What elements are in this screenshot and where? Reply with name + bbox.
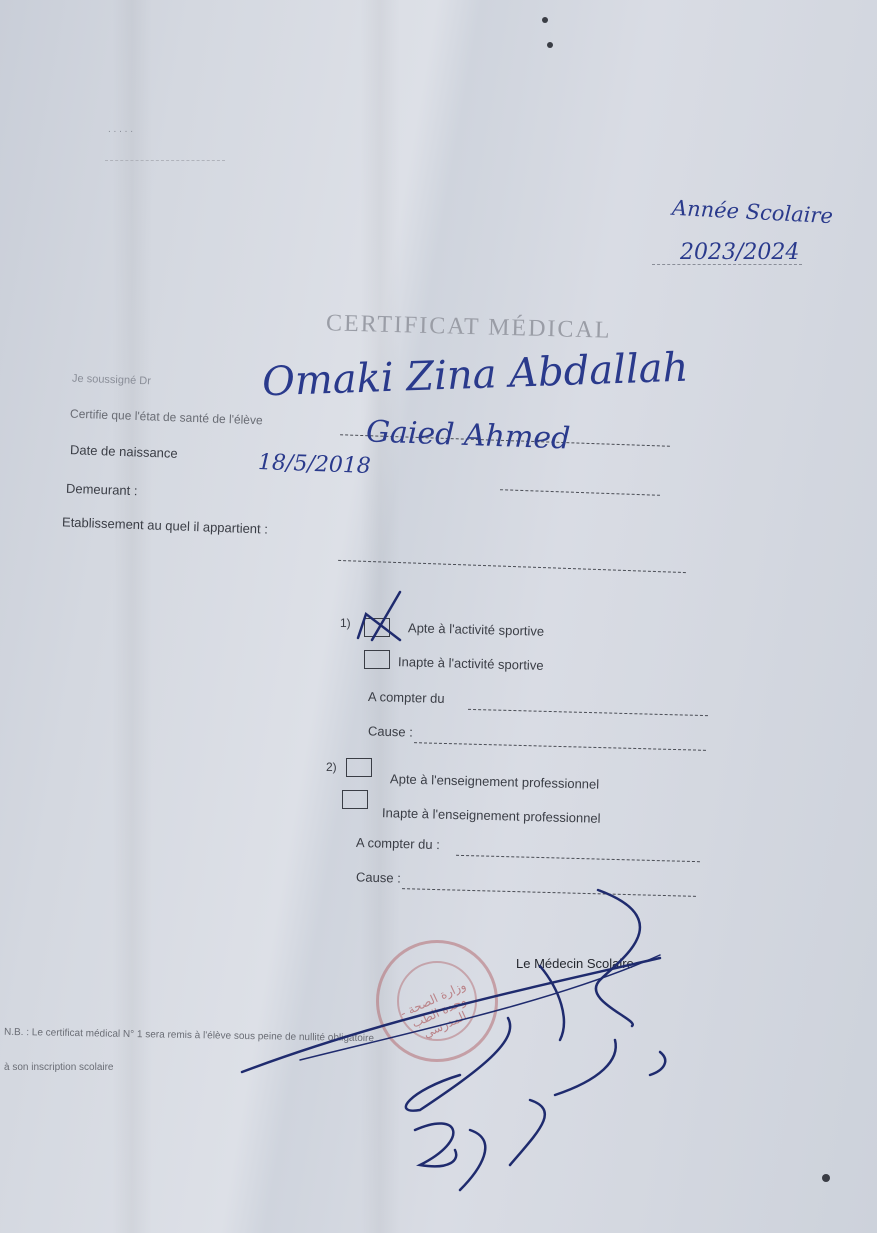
student-name-handwritten: Gaied Ahmed bbox=[365, 414, 570, 456]
inapte-pro-checkbox[interactable] bbox=[342, 790, 368, 809]
birth-date-label: Date de naissance bbox=[70, 442, 178, 461]
section1-from-line[interactable] bbox=[468, 709, 708, 716]
section1-cause-label: Cause : bbox=[368, 723, 413, 739]
certify-label: Certifie que l'état de santé de l'élève bbox=[70, 407, 263, 428]
header-faint-text: . . . . . bbox=[108, 124, 133, 135]
residence-label: Demeurant : bbox=[66, 481, 138, 498]
header-faint-line bbox=[105, 160, 225, 161]
apte-pro-label: Apte à l'enseignement professionnel bbox=[390, 771, 600, 791]
school-year-label: Année Scolaire bbox=[671, 196, 833, 228]
inapte-sport-checkbox[interactable] bbox=[364, 650, 390, 669]
footnote-line1: N.B. : Le certificat médical N° 1 sera r… bbox=[4, 1027, 374, 1044]
section1-from-label: A compter du bbox=[368, 689, 445, 706]
apte-sport-checkbox[interactable] bbox=[364, 618, 390, 637]
inapte-sport-label: Inapte à l'activité sportive bbox=[398, 654, 544, 673]
paper-fold bbox=[360, 0, 400, 1233]
official-stamp: وزارة الصحة - وحدة الطب المدرسي bbox=[376, 940, 498, 1062]
year-underline bbox=[652, 264, 802, 265]
apte-sport-label: Apte à l'activité sportive bbox=[408, 620, 545, 639]
signature-label: Le Médecin Scolaire bbox=[516, 956, 634, 971]
section1-cause-line[interactable] bbox=[414, 742, 706, 751]
doctor-name-handwritten: Omaki Zina Abdallah bbox=[261, 345, 689, 406]
school-year-value: 2023/2024 bbox=[680, 240, 799, 265]
section2-from-label: A compter du : bbox=[356, 835, 440, 852]
birth-date-handwritten: 18/5/2018 bbox=[258, 450, 372, 479]
apte-pro-checkbox[interactable] bbox=[346, 758, 372, 777]
section2-number: 2) bbox=[326, 760, 337, 774]
section2-cause-line[interactable] bbox=[402, 888, 696, 897]
section2-cause-label: Cause : bbox=[356, 869, 401, 885]
school-label: Etablissement au quel il appartient : bbox=[62, 514, 268, 536]
inapte-pro-label: Inapte à l'enseignement professionnel bbox=[382, 805, 601, 826]
undersigned-label: Je soussigné Dr bbox=[72, 373, 151, 388]
birth-date-line bbox=[500, 489, 660, 496]
footnote-line2: à son inscription scolaire bbox=[4, 1062, 114, 1073]
section2-from-line[interactable] bbox=[456, 855, 700, 862]
section1-number: 1) bbox=[340, 616, 351, 630]
paper-fold bbox=[112, 0, 152, 1233]
